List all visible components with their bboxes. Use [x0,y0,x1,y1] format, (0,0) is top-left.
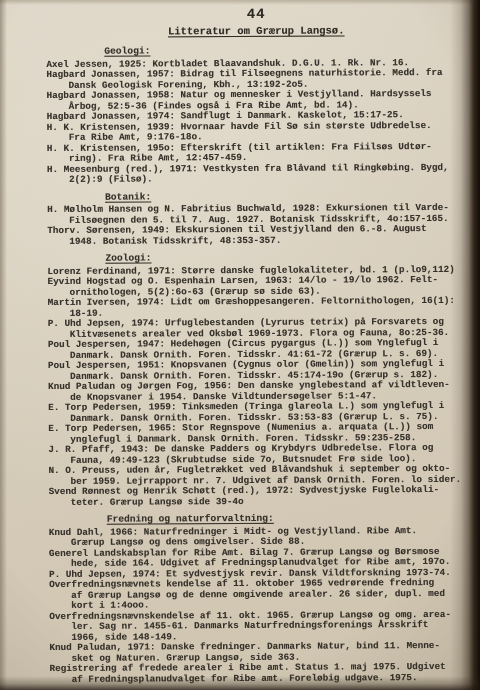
entry-line: Svend Rønnest og Henrik Schøtt (red.), 1… [49,485,469,498]
bibliography: Geologi:Axel Jessen, 1925: Kortbladet Bl… [46,45,469,685]
entry-line: af Fredningsplanudvalget for Ribe amt. F… [50,672,470,685]
scanned-page: 44 Litteratur om Grærup Langsø. Geologi:… [0,0,480,690]
entry-line: 2(2):9 (Filsø). [47,173,467,186]
section-heading: Botanik: [105,190,467,202]
section-heading: Zoologi: [105,252,467,264]
entry-line: teter. Grærup Langsø side 39-4o [49,495,469,508]
entry-line: ler. Sag nr. 1455-61. Danmarks Naturfred… [49,620,469,633]
entry-line: Martin Iversen, 1974: Lidt om Græshoppes… [48,296,468,309]
entry-line: 1948. Botanisk Tidsskrift, 48:353-357. [47,234,467,247]
section-heading: Fredning og naturforvaltning: [107,513,469,525]
section-heading: Geologi: [104,45,466,57]
page-number: 44 [46,6,466,24]
page-title: Litteratur om Grærup Langsø. [46,25,466,40]
page-content: 44 Litteratur om Grærup Langsø. Geologi:… [0,0,480,685]
